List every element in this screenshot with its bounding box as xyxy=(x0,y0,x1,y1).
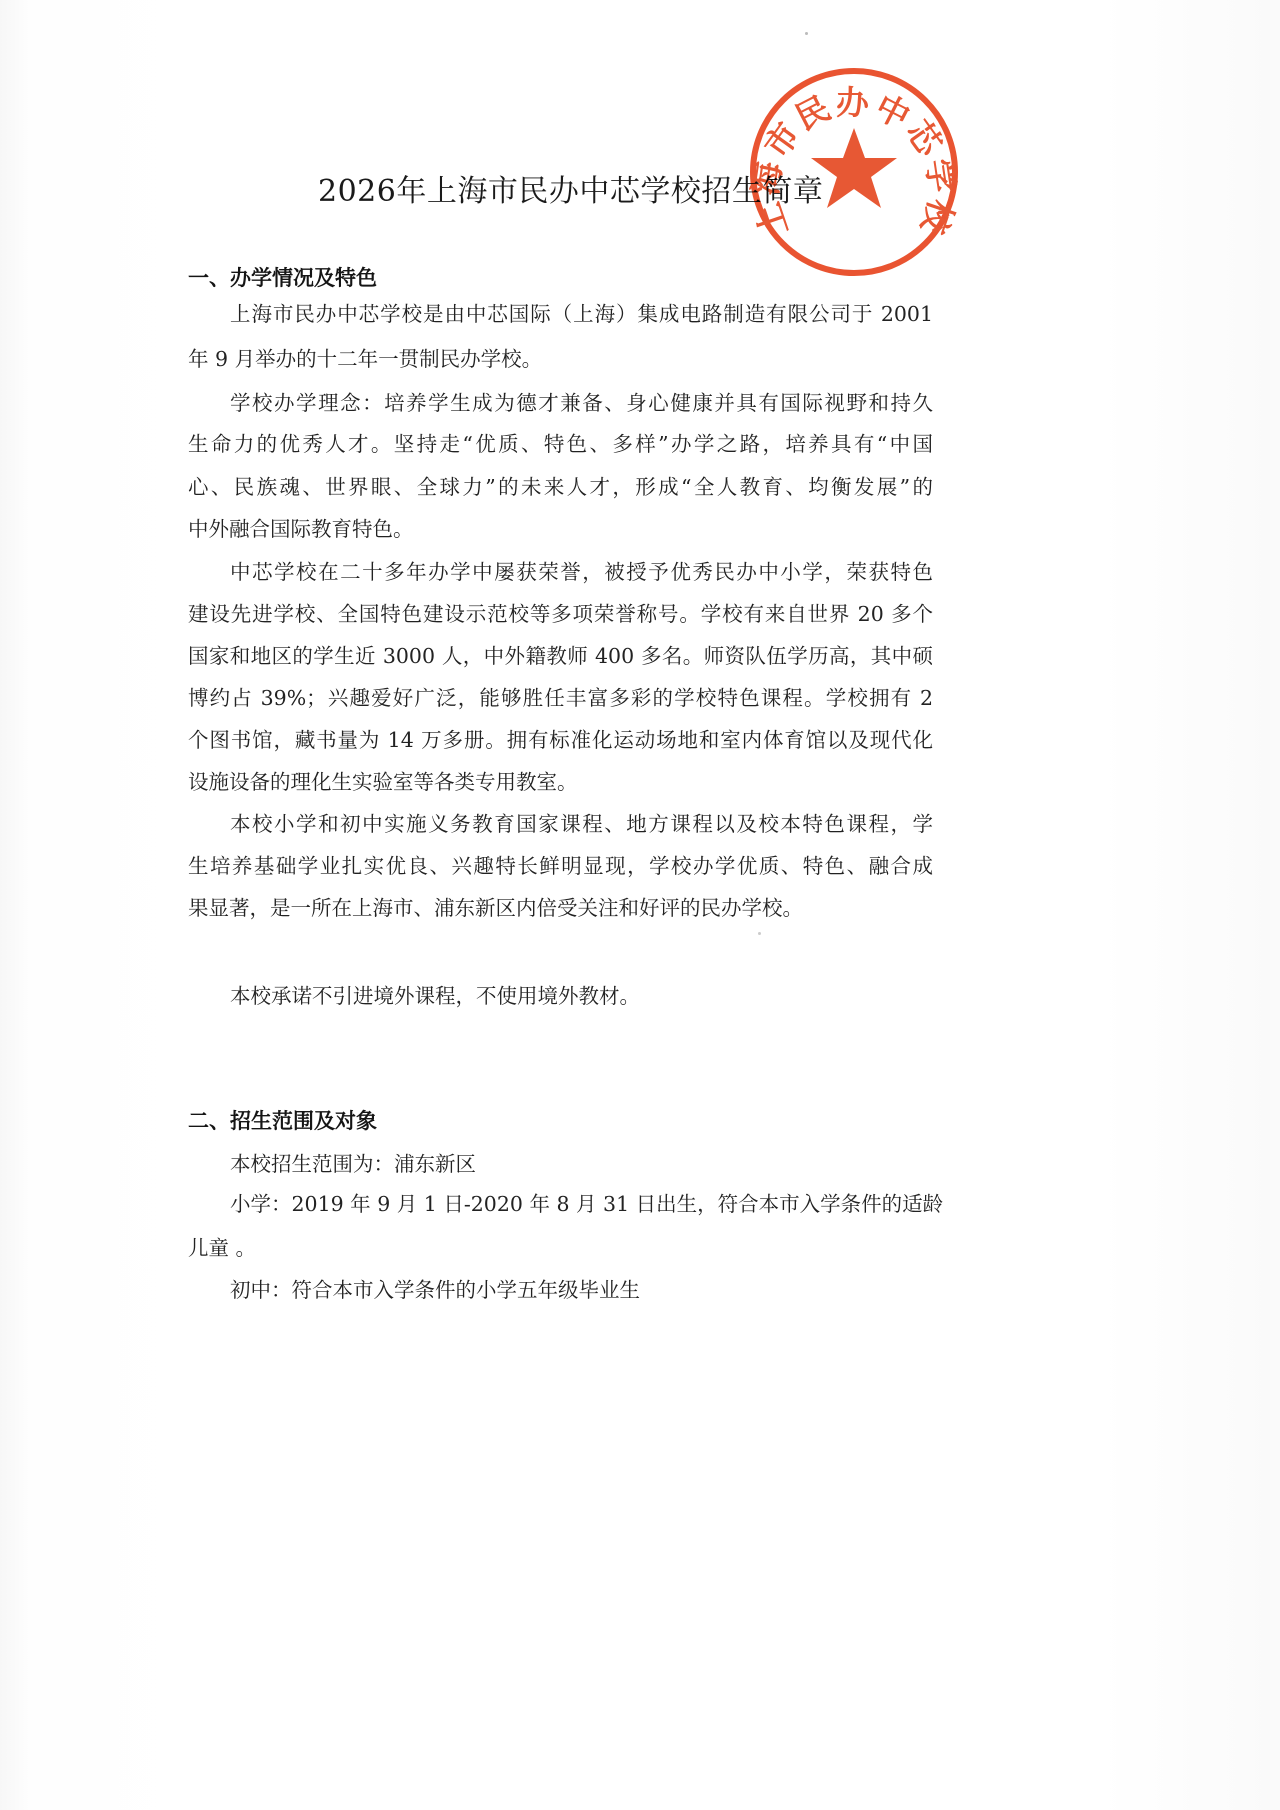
section-heading-1: 一、办学情况及特色 xyxy=(188,262,377,292)
official-seal-stamp: 上海市民办中芯学校 xyxy=(748,66,960,278)
paragraph-line: 生命力的优秀人才。坚持走“优质、特色、多样”办学之路，培养具有“中国 xyxy=(188,427,933,457)
paragraph-line: 中外融合国际教育特色。 xyxy=(188,512,933,542)
paragraph-line: 个图书馆，藏书量为 14 万多册。拥有标准化运动场地和室内体育馆以及现代化 xyxy=(188,723,933,753)
paragraph-line: 本校招生范围为：浦东新区 xyxy=(230,1147,933,1177)
paragraph-line: 设施设备的理化生实验室等各类专用教室。 xyxy=(188,765,933,795)
paragraph-line: 儿童 。 xyxy=(188,1231,933,1261)
paragraph-line: 果显著，是一所在上海市、浦东新区内倍受关注和好评的民办学校。 xyxy=(188,891,933,921)
document-page: 上海市民办中芯学校 2026年上海市民办中芯学校招生简章 一、办学情况及特色 上… xyxy=(0,0,1280,1810)
paragraph-line: 生培养基础学业扎实优良、兴趣特长鲜明显现，学校办学优质、特色、融合成 xyxy=(188,849,933,879)
paragraph-line: 上海市民办中芯学校是由中芯国际（上海）集成电路制造有限公司于 2001 xyxy=(230,297,933,327)
paragraph-line: 国家和地区的学生近 3000 人，中外籍教师 400 多名。师资队伍学历高，其中… xyxy=(188,639,933,669)
paragraph-line: 建设先进学校、全国特色建设示范校等多项荣誉称号。学校有来自世界 20 多个 xyxy=(188,597,933,627)
paragraph-line: 学校办学理念：培养学生成为德才兼备、身心健康并具有国际视野和持久 xyxy=(230,386,933,416)
paragraph-line: 博约占 39%；兴趣爱好广泛，能够胜任丰富多彩的学校特色课程。学校拥有 2 xyxy=(188,681,933,711)
section-heading-2: 二、招生范围及对象 xyxy=(188,1105,377,1135)
star-icon xyxy=(811,128,897,208)
paragraph-line: 心、民族魂、世界眼、全球力”的未来人才，形成“全人教育、均衡发展”的 xyxy=(188,470,933,500)
scan-speck xyxy=(805,32,808,35)
paragraph-line: 初中：符合本市入学条件的小学五年级毕业生 xyxy=(230,1273,933,1303)
paragraph-line: 年 9 月举办的十二年一贯制民办学校。 xyxy=(188,342,933,372)
paragraph-line: 本校小学和初中实施义务教育国家课程、地方课程以及校本特色课程，学 xyxy=(230,807,933,837)
scan-speck xyxy=(758,932,761,935)
paragraph-line: 本校承诺不引进境外课程，不使用境外教材。 xyxy=(230,979,933,1009)
paragraph-line: 小学：2019 年 9 月 1 日-2020 年 8 月 31 日出生，符合本市… xyxy=(230,1187,933,1217)
paragraph-line: 中芯学校在二十多年办学中屡获荣誉，被授予优秀民办中小学，荣获特色 xyxy=(230,555,933,585)
